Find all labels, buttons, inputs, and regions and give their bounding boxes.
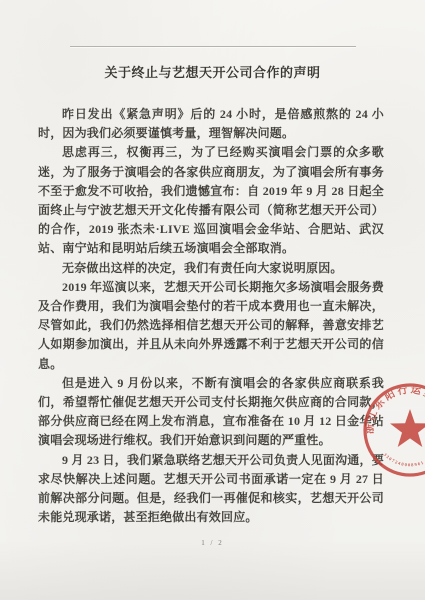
document-page: 关于终止与艺想天开公司合作的声明 昨日发出《紧急声明》后的 24 小时，是倍感煎… [0,0,425,600]
paragraph: 昨日发出《紧急声明》后的 24 小时，是倍感煎熬的 24 小时，因为我们必须要谨… [38,105,384,143]
seal-serial-number: 3307240008961 [383,452,425,467]
page-title: 关于终止与艺想天开公司合作的声明 [0,62,425,81]
paragraph: 无奈做出这样的决定，我们有责任向大家说明原因。 [38,259,384,278]
paragraph: 思虑再三，权衡再三，为了已经购买演唱会门票的众多歌迷，为了服务于演唱会的各家供应… [38,143,384,258]
svg-text:3307240008961: 3307240008961 [383,452,425,467]
company-seal: 浙江东阳行运星影视 3307240008961 [352,371,425,491]
page-number: 1 / 2 [0,539,425,547]
paragraph: 但是进入 9 月份以来，不断有演唱会的各家供应商联系我们，希望帮忙催促艺想天开公… [38,374,384,451]
paragraph: 2019 年巡演以来，艺想天开公司长期拖欠多场演唱会服务费及合作费用，我们为演唱… [38,278,384,374]
header-rule [70,46,356,47]
seal-star-icon [390,409,425,447]
document-body: 昨日发出《紧急声明》后的 24 小时，是倍感煎熬的 24 小时，因为我们必须要谨… [38,105,384,527]
paragraph: 9 月 23 日，我们紧急联络艺想天开公司负责人见面沟通，要求尽快解决上述问题。… [38,451,384,528]
